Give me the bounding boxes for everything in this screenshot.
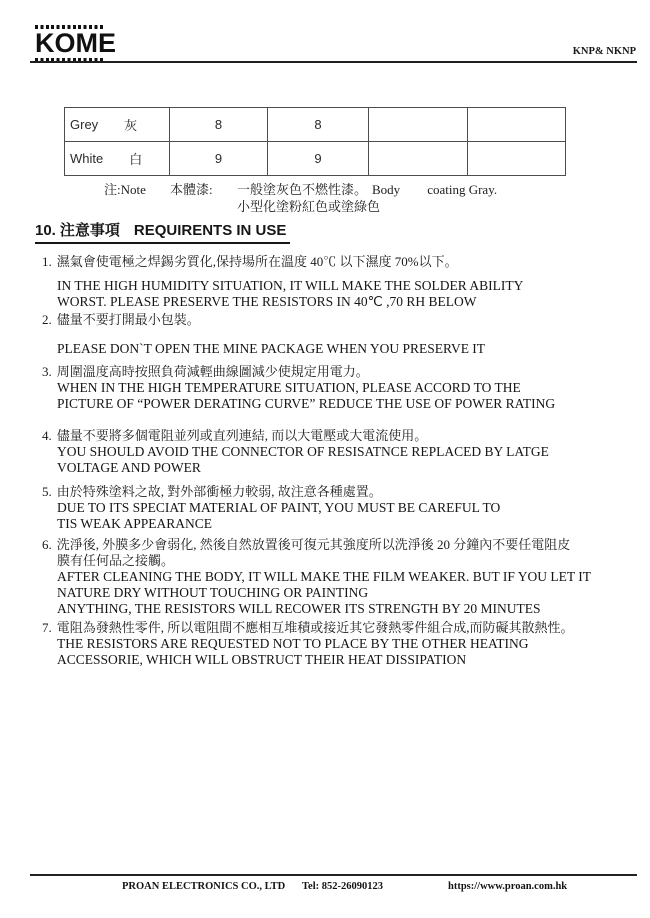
- color-name-zh: 白: [129, 149, 142, 168]
- section-heading: 10.注意事項REQUIRENTS IN USE: [35, 219, 290, 244]
- notice-item: 1.濕氣會使電極之焊錫劣質化,保持場所在溫度 40℃ 以下濕度 70%以下。IN…: [0, 254, 650, 310]
- note-line-1: 注:Note本體漆:一般塗灰色不燃性漆。Bodycoating Gray.: [0, 181, 650, 198]
- note-en-coating: coating Gray.: [427, 182, 497, 197]
- notice-item-en-line: DUE TO ITS SPECIAT MATERIAL OF PAINT, YO…: [0, 500, 650, 516]
- notice-item-en-block: WHEN IN THE HIGH TEMPERATURE SITUATION, …: [0, 380, 650, 412]
- table-cell: [369, 108, 468, 142]
- color-name-cell: Grey 灰: [65, 115, 169, 134]
- notice-item-en-block: YOU SHOULD AVOID THE CONNECTOR OF RESISA…: [0, 444, 650, 476]
- notice-item-number: 3.: [42, 364, 52, 380]
- note-paint-label: 本體漆:: [170, 181, 237, 198]
- notice-item-en-line: WORST. PLEASE PRESERVE THE RESISTORS IN …: [0, 294, 650, 310]
- color-name-en: Grey: [70, 117, 98, 132]
- table-row: Grey 灰 8 8: [65, 108, 566, 142]
- table-row: White 白 9 9: [65, 142, 566, 176]
- note-en-body: Body: [372, 181, 400, 198]
- table-cell: 8: [170, 108, 268, 142]
- notice-item-number: 7.: [42, 620, 52, 636]
- notice-item-zh-text: 由於特殊塗料之故, 對外部衝極力較弱, 故注意各種處置。: [57, 484, 382, 499]
- note-label: 注:Note: [104, 181, 170, 198]
- table-cell: 8: [268, 108, 369, 142]
- footer-company: PROAN ELECTRONICS CO., LTD: [122, 881, 285, 892]
- notice-item-en-line: AFTER CLEANING THE BODY, IT WILL MAKE TH…: [0, 569, 650, 585]
- notice-item-zh-text: 周圍溫度高時按照負荷減輕曲線圖減少使規定用電力。: [57, 364, 369, 379]
- notice-item-en-line: ANYTHING, THE RESISTORS WILL RECOWER ITS…: [0, 601, 650, 617]
- notice-item-en-line: YOU SHOULD AVOID THE CONNECTOR OF RESISA…: [0, 444, 650, 460]
- notice-item-zh-line: 1.濕氣會使電極之焊錫劣質化,保持場所在溫度 40℃ 以下濕度 70%以下。: [0, 254, 650, 270]
- notice-item-en-line: TIS WEAK APPEARANCE: [0, 516, 650, 532]
- table-cell: 9: [268, 142, 369, 176]
- notice-item: 4.儘量不要將多個電阻並列或直列連結, 而以大電壓或大電流使用。YOU SHOU…: [0, 428, 650, 476]
- color-name-cell: White 白: [65, 149, 169, 168]
- color-name-en: White: [70, 151, 103, 166]
- notice-item-zh-line: 3.周圍溫度高時按照負荷減輕曲線圖減少使規定用電力。: [0, 364, 650, 380]
- notice-item-zh-line: 2.儘量不要打開最小包裝。: [0, 312, 650, 328]
- notice-item: 5.由於特殊塗料之故, 對外部衝極力較弱, 故注意各種處置。DUE TO ITS…: [0, 484, 650, 532]
- header-rule: [30, 61, 637, 63]
- notice-item: 6.洗淨後, 外膜多少會弱化, 然後自然放置後可復元其強度所以洗淨後 20 分鐘…: [0, 537, 650, 617]
- notice-item-number: 4.: [42, 428, 52, 444]
- notice-item-number: 1.: [42, 254, 52, 270]
- table-cell: [468, 142, 566, 176]
- kome-logo: KOME: [35, 25, 116, 62]
- notice-item-en-block: THE RESISTORS ARE REQUESTED NOT TO PLACE…: [0, 636, 650, 668]
- section-number: 10.: [35, 222, 56, 239]
- notice-item-en-line: ACCESSORIE, WHICH WILL OBSTRUCT THEIR HE…: [0, 652, 650, 668]
- logo-text: KOME: [35, 30, 116, 57]
- notice-item-zh-line: 6.洗淨後, 外膜多少會弱化, 然後自然放置後可復元其強度所以洗淨後 20 分鐘…: [0, 537, 650, 553]
- section-title-en: REQUIRENTS IN USE: [134, 222, 287, 239]
- table-note: 注:Note本體漆:一般塗灰色不燃性漆。Bodycoating Gray. 小型…: [0, 181, 650, 215]
- notice-item-zh-text: 濕氣會使電極之焊錫劣質化,保持場所在溫度 40℃ 以下濕度 70%以下。: [57, 254, 458, 269]
- notice-item-number: 5.: [42, 484, 52, 500]
- note-zh-text: 一般塗灰色不燃性漆。: [237, 181, 367, 198]
- notice-item-number: 6.: [42, 537, 52, 553]
- notice-item: 2.儘量不要打開最小包裝。PLEASE DON`T OPEN THE MINE …: [0, 312, 650, 357]
- notice-item-en-line: IN THE HIGH HUMIDITY SITUATION, IT WILL …: [0, 278, 650, 294]
- notice-item: 3.周圍溫度高時按照負荷減輕曲線圖減少使規定用電力。WHEN IN THE HI…: [0, 364, 650, 412]
- notice-list: 1.濕氣會使電極之焊錫劣質化,保持場所在溫度 40℃ 以下濕度 70%以下。IN…: [0, 254, 650, 668]
- color-code-table: Grey 灰 8 8 White 白 9 9: [64, 107, 566, 176]
- notice-item: 7.電阻為發熱性零件, 所以電阻間不應相互堆積或接近其它發熱零件組合成,而防礙其…: [0, 620, 650, 668]
- notice-item-en-block: DUE TO ITS SPECIAT MATERIAL OF PAINT, YO…: [0, 500, 650, 532]
- notice-item-en-line: PLEASE DON`T OPEN THE MINE PACKAGE WHEN …: [0, 341, 650, 357]
- notice-item-zh-line: 5.由於特殊塗料之故, 對外部衝極力較弱, 故注意各種處置。: [0, 484, 650, 500]
- notice-item-zh-line: 4.儘量不要將多個電阻並列或直列連結, 而以大電壓或大電流使用。: [0, 428, 650, 444]
- notice-item-zh-line: 膜有任何品之接觸。: [0, 553, 650, 569]
- notice-item-en-block: IN THE HIGH HUMIDITY SITUATION, IT WILL …: [0, 278, 650, 310]
- notice-item-zh-line: 7.電阻為發熱性零件, 所以電阻間不應相互堆積或接近其它發熱零件組合成,而防礙其…: [0, 620, 650, 636]
- notice-item-en-line: VOLTAGE AND POWER: [0, 460, 650, 476]
- footer-tel: Tel: 852-26090123: [302, 881, 383, 892]
- footer-url: https://www.proan.com.hk: [448, 881, 567, 892]
- table-cell: 9: [170, 142, 268, 176]
- notice-item-en-line: WHEN IN THE HIGH TEMPERATURE SITUATION, …: [0, 380, 650, 396]
- notice-item-en-block: AFTER CLEANING THE BODY, IT WILL MAKE TH…: [0, 569, 650, 617]
- document-page: KOME KNP& NKNP Grey 灰 8 8 White 白: [0, 0, 650, 918]
- notice-item-en-block: PLEASE DON`T OPEN THE MINE PACKAGE WHEN …: [0, 341, 650, 357]
- table-cell: [468, 108, 566, 142]
- notice-item-en-line: PICTURE OF “POWER DERATING CURVE” REDUCE…: [0, 396, 650, 412]
- footer: PROAN ELECTRONICS CO., LTD Tel: 852-2609…: [0, 881, 650, 897]
- notice-item-zh-text: 洗淨後, 外膜多少會弱化, 然後自然放置後可復元其強度所以洗淨後 20 分鐘內不…: [57, 537, 571, 552]
- notice-item-zh-text: 儘量不要將多個電阻並列或直列連結, 而以大電壓或大電流使用。: [57, 428, 428, 443]
- notice-item-en-line: NATURE DRY WITHOUT TOUCHING OR PAINTING: [0, 585, 650, 601]
- table-cell: [369, 142, 468, 176]
- footer-rule: [30, 874, 637, 876]
- note-line-2: 小型化塗粉紅色或塗綠色: [237, 198, 650, 215]
- notice-item-en-line: THE RESISTORS ARE REQUESTED NOT TO PLACE…: [0, 636, 650, 652]
- color-name-zh: 灰: [124, 115, 137, 134]
- notice-item-zh-text: 儘量不要打開最小包裝。: [57, 312, 200, 327]
- notice-item-zh-text: 電阻為發熱性零件, 所以電阻間不應相互堆積或接近其它發熱零件組合成,而防礙其散熱…: [57, 620, 574, 635]
- notice-item-number: 2.: [42, 312, 52, 328]
- section-title-zh: 注意事項: [60, 222, 120, 239]
- doc-code: KNP& NKNP: [573, 46, 636, 57]
